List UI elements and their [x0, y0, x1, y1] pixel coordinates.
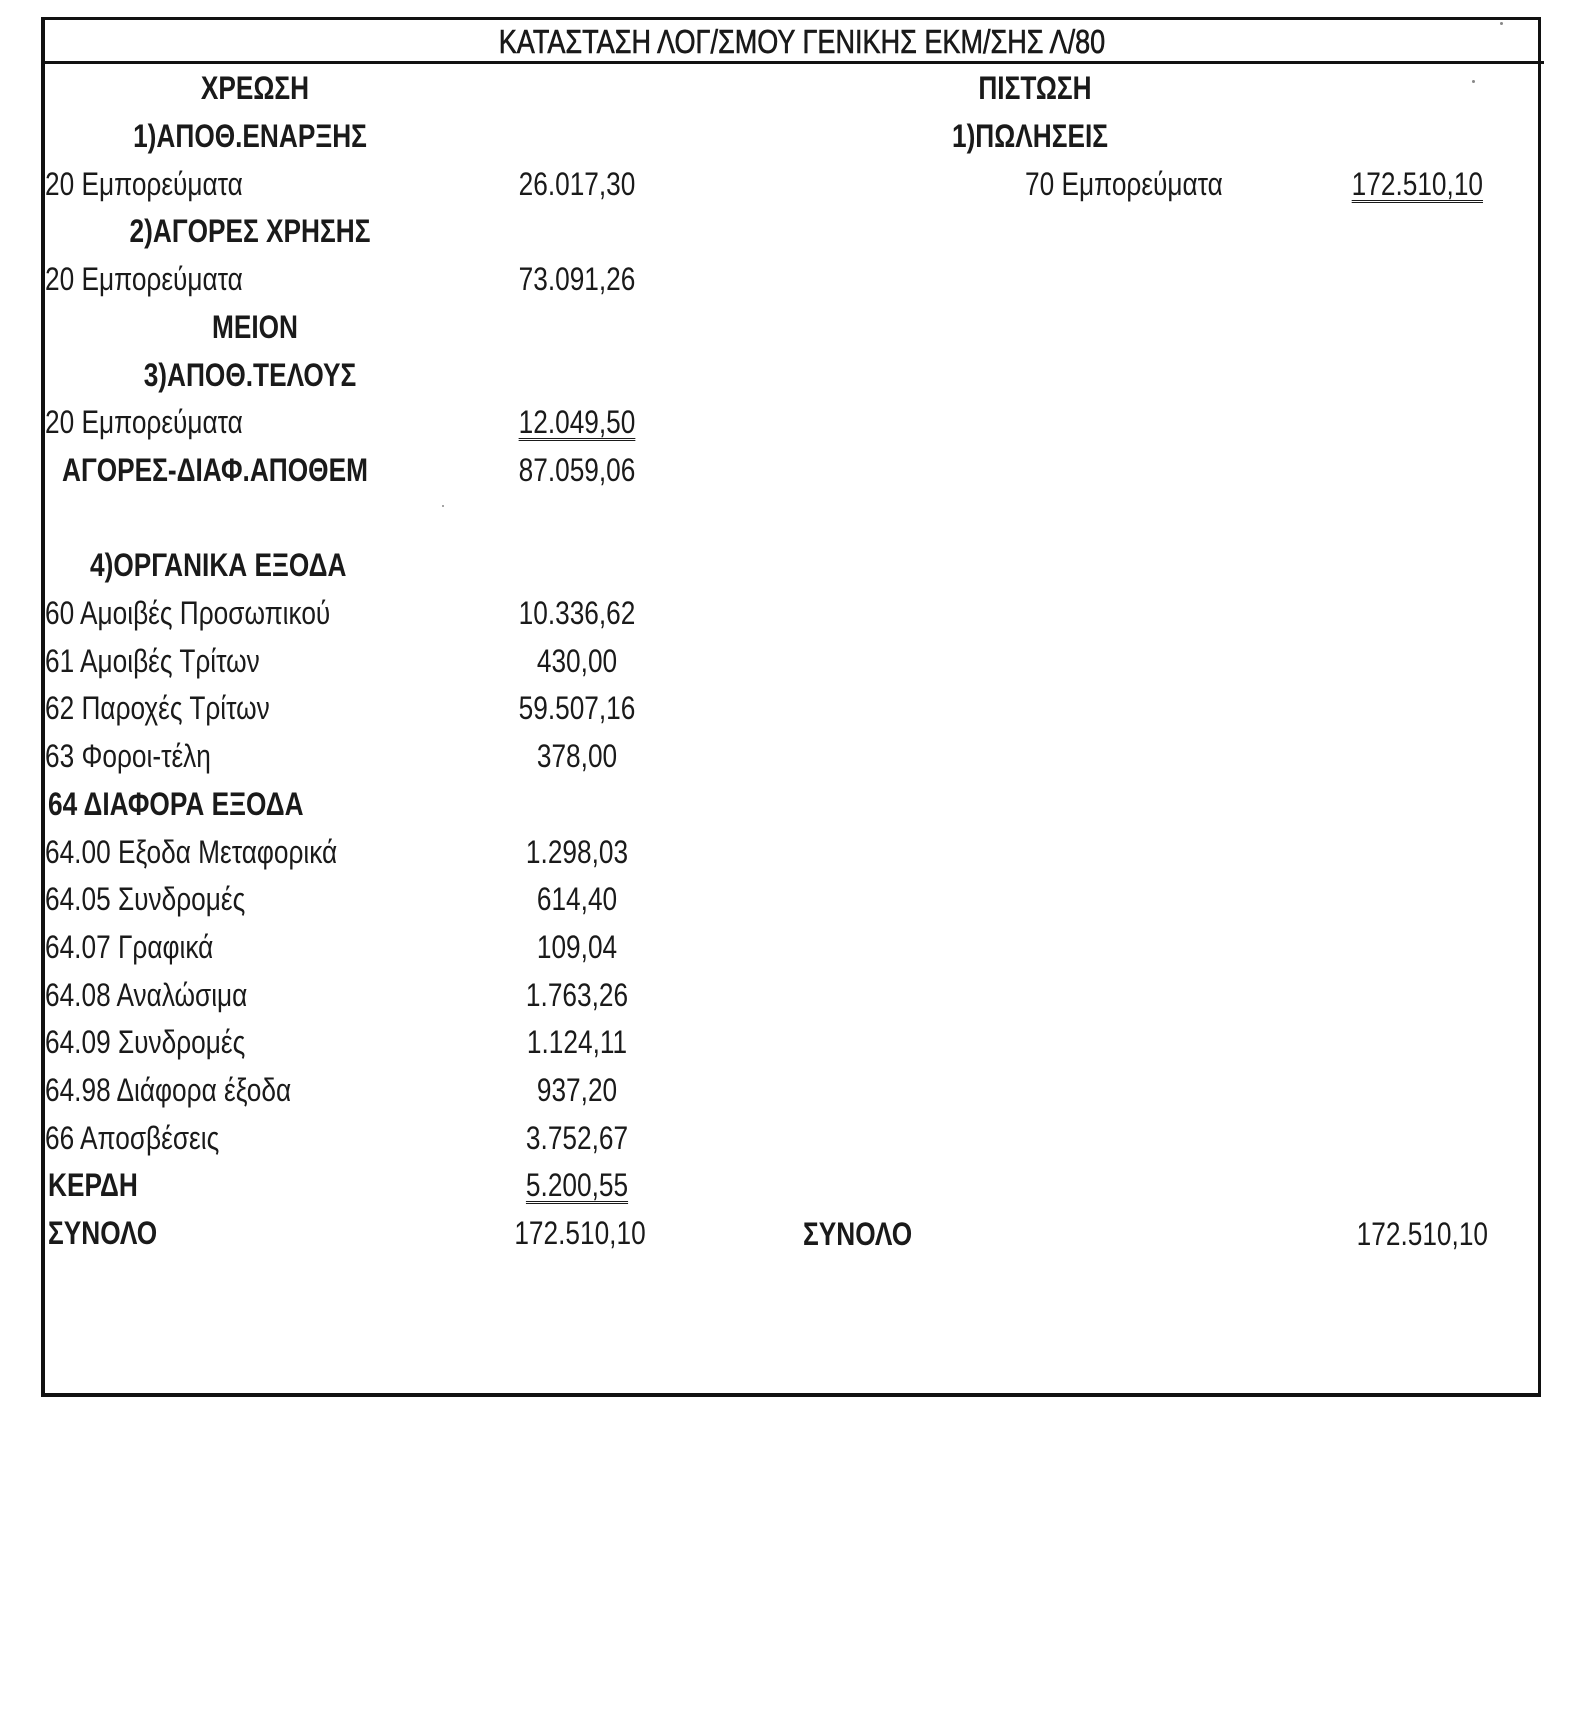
debit-row-value: 614,40: [495, 883, 659, 915]
debit-row-label: 64.07 Γραφικά: [45, 931, 213, 963]
debit-row-value: 1.298,03: [495, 836, 659, 868]
credit-total-value: 172.510,10: [1324, 1218, 1488, 1250]
scan-speck: [442, 505, 444, 507]
credit-heading: ΠΙΣΤΩΣΗ: [949, 72, 1121, 104]
debit-row-value: 87.059,06: [495, 454, 659, 486]
debit-row-value: 10.336,62: [495, 597, 659, 629]
debit-row-label: 20 Εμπορεύματα: [45, 406, 243, 438]
debit-row-label: 62 Παροχές Τρίτων: [45, 692, 270, 724]
debit-row-label: 63 Φοροι-τέλη: [45, 740, 211, 772]
debit-row-label: 64.05 Συνδρομές: [45, 883, 245, 915]
debit-row-label: 64.98 Διάφορα έξοδα: [45, 1074, 291, 1106]
debit-row-label: ΣΥΝΟΛΟ: [48, 1217, 157, 1249]
debit-row-label: ΚΕΡΔΗ: [48, 1169, 138, 1201]
debit-row-label: 64.00 Εξοδα Μεταφορικά: [45, 836, 337, 868]
debit-row-value: 378,00: [495, 740, 659, 772]
debit-row-value: 172.510,10: [498, 1217, 662, 1249]
debit-row-label: 4)ΟΡΓΑΝΙΚΑ ΕΞΟΔΑ: [90, 549, 346, 581]
debit-row-label: 64 ΔΙΑΦΟΡΑ ΕΞΟΔΑ: [48, 788, 304, 820]
debit-row-label: 1)ΑΠΟΘ.ΕΝΑΡΞΗΣ: [111, 120, 390, 152]
debit-row-label: 2)ΑΓΟΡΕΣ ΧΡΗΣΗΣ: [111, 215, 390, 247]
debit-row-value: 5.200,55: [495, 1169, 659, 1201]
credit-item-value: 172.510,10: [1319, 168, 1483, 200]
debit-row-label: 60 Αμοιβές Προσωπικού: [45, 597, 330, 629]
scan-speck: [1472, 80, 1475, 83]
title-divider: [41, 61, 1544, 64]
debit-row-label: 66 Αποσβέσεις: [45, 1122, 219, 1154]
debit-row-label: 61 Αμοιβές Τρίτων: [45, 645, 260, 677]
credit-total-label: ΣΥΝΟΛΟ: [803, 1218, 912, 1250]
debit-row-value: 1.763,26: [495, 979, 659, 1011]
scan-speck: [1500, 22, 1503, 25]
debit-row-label: 64.09 Συνδρομές: [45, 1026, 245, 1058]
debit-row-value: 109,04: [495, 931, 659, 963]
debit-row-value: 3.752,67: [495, 1122, 659, 1154]
document-title: ΚΑΤΑΣΤΑΣΗ ΛΟΓ/ΣΜΟΥ ΓΕΝΙΚΗΣ ΕΚΜ/ΣΗΣ Λ/80: [466, 25, 1138, 58]
debit-row-value: 1.124,11: [495, 1026, 659, 1058]
debit-row-value: 12.049,50: [495, 406, 659, 438]
debit-row-label: 3)ΑΠΟΘ.ΤΕΛΟΥΣ: [111, 359, 390, 391]
debit-row-label: ΑΓΟΡΕΣ-ΔΙΑΦ.ΑΠΟΘΕΜ: [62, 454, 368, 486]
credit-item-label: 70 Εμπορεύματα: [1025, 168, 1223, 200]
debit-row-value: 937,20: [495, 1074, 659, 1106]
debit-row-value: 59.507,16: [495, 692, 659, 724]
debit-row-label: 64.08 Αναλώσιμα: [45, 979, 247, 1011]
debit-row-label: ΜΕΙΟΝ: [169, 311, 341, 343]
debit-row-value: 26.017,30: [495, 168, 659, 200]
debit-row-value: 73.091,26: [495, 263, 659, 295]
credit-section-sales: 1)ΠΩΛΗΣΕΙΣ: [923, 120, 1136, 152]
debit-row-label: 20 Εμπορεύματα: [45, 168, 243, 200]
debit-row-label: 20 Εμπορεύματα: [45, 263, 243, 295]
debit-row-value: 430,00: [495, 645, 659, 677]
debit-heading: ΧΡΕΩΣΗ: [169, 72, 341, 104]
